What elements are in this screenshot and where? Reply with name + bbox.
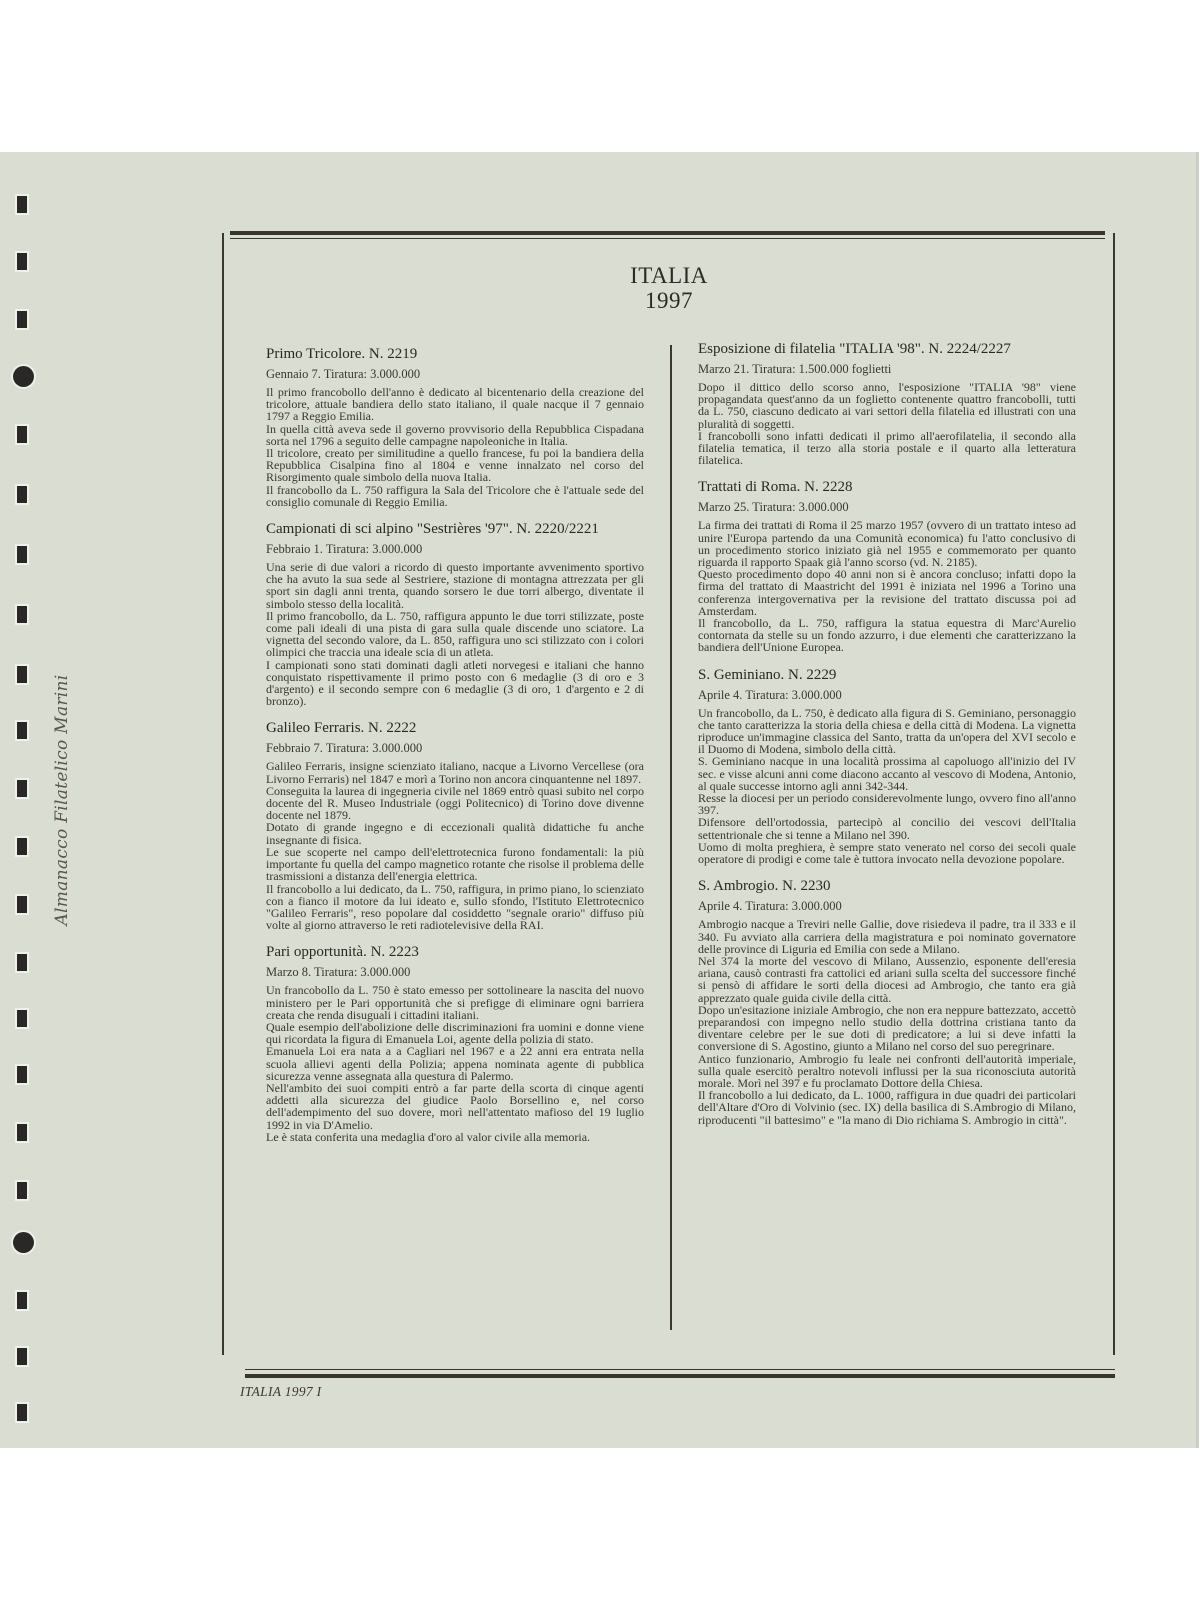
- stamp-entry-paragraph: Il francobollo a lui dedicato, da L. 750…: [266, 883, 644, 932]
- stamp-entry-heading: Primo Tricolore. N. 2219: [266, 345, 644, 364]
- binder-hole-icon: [17, 954, 27, 971]
- stamp-entry-paragraph: In quella città aveva sede il governo pr…: [266, 423, 644, 447]
- binder-hole-icon: [17, 838, 27, 855]
- stamp-entry-paragraph: Il francobollo, da L. 750, raffigura la …: [698, 617, 1076, 654]
- stamp-entry-paragraph: Il francobollo a lui dedicato, da L. 100…: [698, 1089, 1076, 1126]
- stamp-entry-issue-info: Marzo 25. Tiratura: 3.000.000: [698, 499, 1076, 515]
- binder-hole-icon: [17, 1292, 27, 1309]
- stamp-entry: Galileo Ferraris. N. 2222Febbraio 7. Tir…: [266, 719, 644, 931]
- stamp-entry: Esposizione di filatelia "ITALIA '98". N…: [698, 340, 1076, 466]
- stamp-entry-paragraph: Dotato di grande ingegno e di eccezional…: [266, 821, 644, 845]
- stamp-entry-paragraph: Un francobollo da L. 750 è stato emesso …: [266, 984, 644, 1021]
- binder-hole-icon: [17, 666, 27, 683]
- stamp-entry-heading: Trattati di Roma. N. 2228: [698, 478, 1076, 497]
- stamp-entry-issue-info: Marzo 8. Tiratura: 3.000.000: [266, 964, 644, 980]
- binder-hole-icon: [17, 1124, 27, 1141]
- right-column: Esposizione di filatelia "ITALIA '98". N…: [698, 340, 1076, 1138]
- binder-hole-icon: [17, 486, 27, 503]
- stamp-entry-paragraph: Antico funzionario, Ambrogio fu leale ne…: [698, 1053, 1076, 1090]
- frame-left-border: [222, 233, 224, 1355]
- binder-round-hole-icon: [13, 1232, 34, 1253]
- stamp-entry-heading: Campionati di sci alpino "Sestrières '97…: [266, 520, 644, 539]
- stamp-entry-paragraph: Emanuela Loi era nata a a Cagliari nel 1…: [266, 1045, 644, 1082]
- column-divider: [670, 345, 672, 1330]
- stamp-entry: S. Geminiano. N. 2229Aprile 4. Tiratura:…: [698, 666, 1076, 866]
- stamp-entry-heading: S. Ambrogio. N. 2230: [698, 877, 1076, 896]
- stamp-entry-paragraph: I campionati sono stati dominati dagli a…: [266, 659, 644, 708]
- background-bottom: [0, 1448, 1200, 1600]
- binder-hole-icon: [17, 896, 27, 913]
- stamp-entry-paragraph: La firma dei trattati di Roma il 25 marz…: [698, 519, 1076, 568]
- stamp-entry: Trattati di Roma. N. 2228Marzo 25. Tirat…: [698, 478, 1076, 653]
- stamp-entry-issue-info: Aprile 4. Tiratura: 3.000.000: [698, 687, 1076, 703]
- stamp-entry-paragraph: Le sue scoperte nel campo dell'elettrote…: [266, 846, 644, 883]
- stamp-entry-paragraph: Galileo Ferraris, insigne scienziato ita…: [266, 760, 644, 784]
- stamp-entry-paragraph: Il francobollo da L. 750 raffigura la Sa…: [266, 484, 644, 508]
- stamp-entry-issue-info: Febbraio 1. Tiratura: 3.000.000: [266, 541, 644, 557]
- stamp-entry-paragraph: Nel 374 la morte del vescovo di Milano, …: [698, 955, 1076, 1004]
- background-top: [0, 0, 1200, 152]
- stamp-entry-issue-info: Aprile 4. Tiratura: 3.000.000: [698, 898, 1076, 914]
- binder-hole-icon: [17, 606, 27, 623]
- binder-round-hole-icon: [13, 366, 34, 387]
- stamp-entry-paragraph: Resse la diocesi per un periodo consider…: [698, 792, 1076, 816]
- page-title: ITALIA 1997: [0, 263, 1200, 313]
- stamp-entry-paragraph: Il primo francobollo, da L. 750, raffigu…: [266, 610, 644, 659]
- stamp-entry-paragraph: Il tricolore, creato per similitudine a …: [266, 447, 644, 484]
- binder-hole-icon: [17, 196, 27, 213]
- binder-hole-icon: [17, 1010, 27, 1027]
- top-rule-thin: [230, 238, 1105, 239]
- bottom-rule-thick: [245, 1374, 1115, 1378]
- binder-hole-icon: [17, 722, 27, 739]
- stamp-entry-paragraph: Un francobollo, da L. 750, è dedicato al…: [698, 707, 1076, 756]
- top-rule-thick: [230, 231, 1105, 235]
- stamp-entry-paragraph: Il primo francobollo dell'anno è dedicat…: [266, 386, 644, 423]
- stamp-entry-paragraph: Questo procedimento dopo 40 anni non si …: [698, 568, 1076, 617]
- stamp-entry-paragraph: Difensore dell'ortodossia, partecipò al …: [698, 816, 1076, 840]
- stamp-entry: Campionati di sci alpino "Sestrières '97…: [266, 520, 644, 707]
- country-title: ITALIA: [0, 263, 1200, 288]
- binder-hole-icon: [17, 1182, 27, 1199]
- stamp-entry-issue-info: Febbraio 7. Tiratura: 3.000.000: [266, 740, 644, 756]
- binder-hole-icon: [17, 1348, 27, 1365]
- frame-right-border: [1113, 233, 1115, 1355]
- binder-hole-icon: [17, 1404, 27, 1421]
- stamp-entry: Pari opportunità. N. 2223Marzo 8. Tiratu…: [266, 943, 644, 1143]
- stamp-entry-heading: Esposizione di filatelia "ITALIA '98". N…: [698, 340, 1076, 359]
- stamp-entry-paragraph: S. Geminiano nacque in una località pros…: [698, 755, 1076, 792]
- stamp-entry-paragraph: Uomo di molta preghiera, è sempre stato …: [698, 841, 1076, 865]
- stamp-entry-paragraph: Una serie di due valori a ricordo di que…: [266, 561, 644, 610]
- stamp-entry-paragraph: Conseguita la laurea di ingegneria civil…: [266, 785, 644, 822]
- stamp-entry-paragraph: Quale esempio dell'abolizione delle disc…: [266, 1021, 644, 1045]
- stamp-entry: Primo Tricolore. N. 2219Gennaio 7. Tirat…: [266, 345, 644, 508]
- binder-hole-icon: [17, 1066, 27, 1083]
- stamp-entry-paragraph: Le è stata conferita una medaglia d'oro …: [266, 1131, 644, 1143]
- left-column: Primo Tricolore. N. 2219Gennaio 7. Tirat…: [266, 345, 644, 1155]
- publisher-brand: Almanacco Filatelico Marini: [52, 674, 72, 925]
- stamp-entry-heading: Pari opportunità. N. 2223: [266, 943, 644, 962]
- stamp-entry-issue-info: Gennaio 7. Tiratura: 3.000.000: [266, 366, 644, 382]
- year-title: 1997: [0, 288, 1200, 313]
- stamp-entry: S. Ambrogio. N. 2230Aprile 4. Tiratura: …: [698, 877, 1076, 1125]
- page-footer-label: ITALIA 1997 I: [240, 1384, 321, 1400]
- stamp-entry-heading: Galileo Ferraris. N. 2222: [266, 719, 644, 738]
- binder-hole-icon: [17, 311, 27, 328]
- stamp-entry-paragraph: Dopo il dittico dello scorso anno, l'esp…: [698, 381, 1076, 430]
- stamp-entry-paragraph: I francobolli sono infatti dedicati il p…: [698, 430, 1076, 467]
- binder-hole-icon: [17, 780, 27, 797]
- stamp-entry-paragraph: Dopo un'esitazione iniziale Ambrogio, ch…: [698, 1004, 1076, 1053]
- stamp-entry-issue-info: Marzo 21. Tiratura: 1.500.000 foglietti: [698, 361, 1076, 377]
- bottom-rule-thin: [245, 1369, 1115, 1370]
- stamp-entry-heading: S. Geminiano. N. 2229: [698, 666, 1076, 685]
- binder-hole-icon: [17, 426, 27, 443]
- binder-hole-icon: [17, 546, 27, 563]
- stamp-entry-paragraph: Nell'ambito dei suoi compiti entrò a far…: [266, 1082, 644, 1131]
- stamp-entry-paragraph: Ambrogio nacque a Treviri nelle Gallie, …: [698, 918, 1076, 955]
